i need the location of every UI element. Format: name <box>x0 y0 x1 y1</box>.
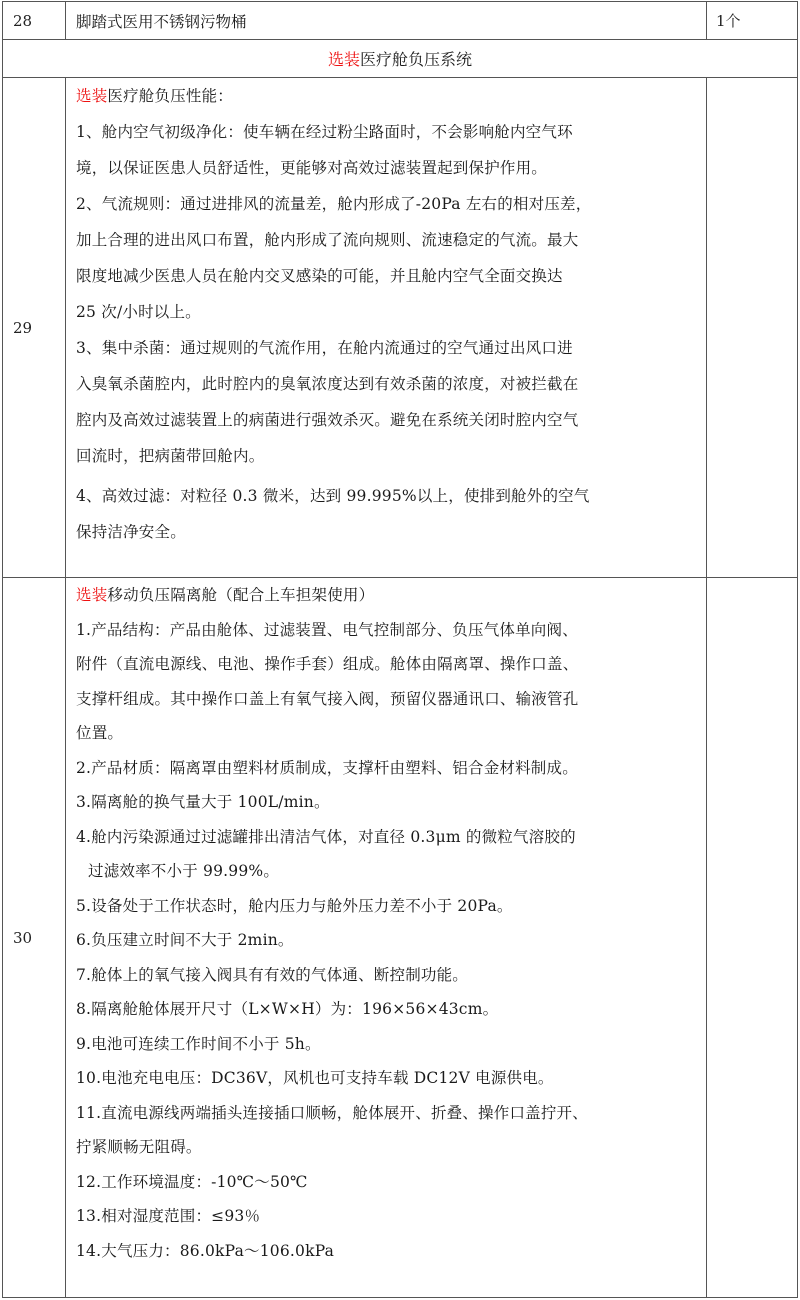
optional-label: 选装 <box>328 50 360 69</box>
item-quantity: 1个 <box>707 2 798 40</box>
optional-label: 选装 <box>76 586 107 604</box>
description-line: 1、舱内空气初级净化：使车辆在经过粉尘路面时，不会影响舱内空气环 <box>76 119 698 155</box>
description-line: 2、气流规则：通过进排风的流量差，舱内形成了-20Pa 左右的相对压差， <box>76 191 698 227</box>
table-row-30: 30 选装移动负压隔离舱（配合上车担架使用） 1.产品结构：产品由舱体、过滤装置… <box>3 578 798 1298</box>
description-line: 腔内及高效过滤装置上的病菌进行强效杀灭。避免在系统关闭时腔内空气 <box>76 407 698 443</box>
description-line: 保持洁净安全。 <box>76 519 698 555</box>
section-title: 选装医疗舱负压系统 <box>3 40 798 78</box>
description-line: 4.舱内污染源通过过滤罐排出清洁气体，对直径 0.3μm 的微粒气溶胶的 <box>76 825 698 860</box>
section-header-row: 选装医疗舱负压系统 <box>3 40 798 78</box>
description-line: 3、集中杀菌：通过规则的气流作用，在舱内流通过的空气通过出风口进 <box>76 335 698 371</box>
item-heading-text: 医疗舱负压性能： <box>107 87 233 105</box>
description-line: 4、高效过滤：对粒径 0.3 微米，达到 99.995%以上，使排到舱外的空气 <box>76 483 698 519</box>
item-heading-text: 移动负压隔离舱（配合上车担架使用） <box>107 586 374 604</box>
table-row-29: 29 选装医疗舱负压性能： 1、舱内空气初级净化：使车辆在经过粉尘路面时，不会影… <box>3 78 798 578</box>
optional-label: 选装 <box>76 87 107 105</box>
item-number: 28 <box>3 2 66 40</box>
description-line: 25 次/小时以上。 <box>76 299 698 335</box>
description-line: 2.产品材质：隔离罩由塑料材质制成，支撑杆由塑料、铝合金材料制成。 <box>76 756 698 791</box>
description-line: 5.设备处于工作状态时，舱内压力与舱外压力差不小于 20Pa。 <box>76 894 698 929</box>
description-line: 境，以保证医患人员舒适性，更能够对高效过滤装置起到保护作用。 <box>76 155 698 191</box>
item-description: 选装医疗舱负压性能： 1、舱内空气初级净化：使车辆在经过粉尘路面时，不会影响舱内… <box>66 78 707 578</box>
description-line: 7.舱体上的氧气接入阀具有有效的气体通、断控制功能。 <box>76 963 698 998</box>
item-heading: 选装医疗舱负压性能： <box>76 83 698 119</box>
description-line: 14.大气压力：86.0kPa～106.0kPa <box>76 1239 698 1274</box>
description-line: 3.隔离舱的换气量大于 100L/min。 <box>76 790 698 825</box>
item-number: 29 <box>3 78 66 578</box>
description-line: 6.负压建立时间不大于 2min。 <box>76 928 698 963</box>
description-line: 附件（直流电源线、电池、操作手套）组成。舱体由隔离罩、操作口盖、 <box>76 652 698 687</box>
description-line: 限度地减少医患人员在舱内交叉感染的可能，并且舱内空气全面交换达 <box>76 263 698 299</box>
item-heading: 选装移动负压隔离舱（配合上车担架使用） <box>76 583 698 618</box>
description-line: 1.产品结构：产品由舱体、过滤装置、电气控制部分、负压气体单向阀、 <box>76 618 698 653</box>
description-line: 8.隔离舱舱体展开尺寸（L×W×H）为：196×56×43cm。 <box>76 997 698 1032</box>
description-line: 回流时，把病菌带回舱内。 <box>76 443 698 479</box>
description-line: 13.相对湿度范围：≤93％ <box>76 1204 698 1239</box>
description-line: 入臭氧杀菌腔内，此时腔内的臭氧浓度达到有效杀菌的浓度，对被拦截在 <box>76 371 698 407</box>
description-line: 位置。 <box>76 721 698 756</box>
item-number: 30 <box>3 578 66 1298</box>
item-quantity <box>707 578 798 1298</box>
spec-table: 28 脚踏式医用不锈钢污物桶 1个 选装医疗舱负压系统 29 选装医疗舱负压性能… <box>2 1 798 1298</box>
description-line: 11.直流电源线两端插头连接插口顺畅，舱体展开、折叠、操作口盖拧开、 <box>76 1101 698 1136</box>
description-line: 支撑杆组成。其中操作口盖上有氧气接入阀，预留仪器通讯口、输液管孔 <box>76 687 698 722</box>
item-name: 脚踏式医用不锈钢污物桶 <box>66 2 707 40</box>
description-line: 10.电池充电电压：DC36V，风机也可支持车载 DC12V 电源供电。 <box>76 1066 698 1101</box>
section-title-text: 医疗舱负压系统 <box>360 50 472 69</box>
description-line: 拧紧顺畅无阻碍。 <box>76 1135 698 1170</box>
item-quantity <box>707 78 798 578</box>
table-row-28: 28 脚踏式医用不锈钢污物桶 1个 <box>3 2 798 40</box>
description-line: 加上合理的进出风口布置，舱内形成了流向规则、流速稳定的气流。最大 <box>76 227 698 263</box>
item-description: 选装移动负压隔离舱（配合上车担架使用） 1.产品结构：产品由舱体、过滤装置、电气… <box>66 578 707 1298</box>
description-line: 12.工作环境温度：-10℃～50℃ <box>76 1170 698 1205</box>
description-line: 9.电池可连续工作时间不小于 5h。 <box>76 1032 698 1067</box>
description-line: 过滤效率不小于 99.99%。 <box>76 859 698 894</box>
